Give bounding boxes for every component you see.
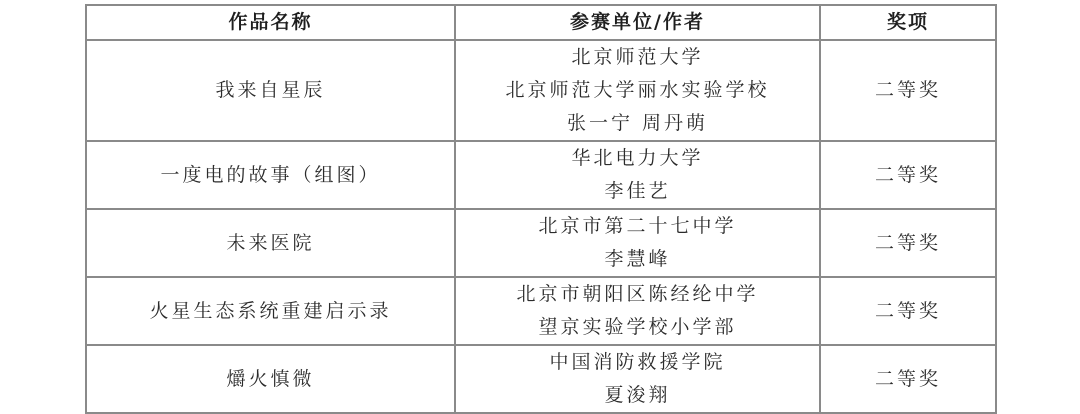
table-header-row: 作品名称 参赛单位/作者 奖项 — [86, 5, 996, 40]
entrant-line: 北京师范大学 — [456, 41, 819, 74]
header-work-name: 作品名称 — [86, 5, 455, 40]
table-row: 爝火慎微 中国消防救援学院 夏浚翔 二等奖 — [86, 345, 996, 408]
award-cell: 二等奖 — [820, 141, 996, 209]
table-row: 我来自星辰 北京师范大学 北京师范大学丽水实验学校 张一宁 周丹萌 二等奖 — [86, 40, 996, 141]
work-name-cell: 我来自星辰 — [86, 40, 455, 141]
table-row: 一度电的故事（组图） 华北电力大学 李佳艺 二等奖 — [86, 141, 996, 209]
awards-table-container: 作品名称 参赛单位/作者 奖项 我来自星辰 北京师范大学 北京师范大学丽水实验学… — [85, 4, 997, 408]
award-cell: 二等奖 — [820, 277, 996, 345]
table-row: 未来医院 北京市第二十七中学 李慧峰 二等奖 — [86, 209, 996, 277]
award-cell: 二等奖 — [820, 209, 996, 277]
entrant-line: 李慧峰 — [456, 243, 819, 276]
entrant-cell: 华北电力大学 李佳艺 — [455, 141, 820, 209]
entrant-cell: 北京师范大学 北京师范大学丽水实验学校 张一宁 周丹萌 — [455, 40, 820, 141]
awards-table: 作品名称 参赛单位/作者 奖项 我来自星辰 北京师范大学 北京师范大学丽水实验学… — [85, 4, 997, 408]
entrant-line: 北京师范大学丽水实验学校 — [456, 74, 819, 107]
entrant-line: 夏浚翔 — [456, 379, 819, 408]
award-cell: 二等奖 — [820, 40, 996, 141]
entrant-line: 华北电力大学 — [456, 142, 819, 175]
table-row: 火星生态系统重建启示录 北京市朝阳区陈经纶中学 望京实验学校小学部 二等奖 — [86, 277, 996, 345]
header-award: 奖项 — [820, 5, 996, 40]
entrant-line: 望京实验学校小学部 — [456, 311, 819, 344]
work-name-cell: 未来医院 — [86, 209, 455, 277]
entrant-cell: 北京市第二十七中学 李慧峰 — [455, 209, 820, 277]
entrant-cell: 中国消防救援学院 夏浚翔 — [455, 345, 820, 408]
work-name-cell: 火星生态系统重建启示录 — [86, 277, 455, 345]
entrant-line: 中国消防救援学院 — [456, 346, 819, 379]
entrant-line: 北京市第二十七中学 — [456, 210, 819, 243]
entrant-line: 北京市朝阳区陈经纶中学 — [456, 278, 819, 311]
award-cell: 二等奖 — [820, 345, 996, 408]
entrant-line: 李佳艺 — [456, 175, 819, 208]
entrant-cell: 北京市朝阳区陈经纶中学 望京实验学校小学部 — [455, 277, 820, 345]
work-name-cell: 一度电的故事（组图） — [86, 141, 455, 209]
entrant-line: 张一宁 周丹萌 — [456, 107, 819, 140]
header-entrant: 参赛单位/作者 — [455, 5, 820, 40]
work-name-cell: 爝火慎微 — [86, 345, 455, 408]
